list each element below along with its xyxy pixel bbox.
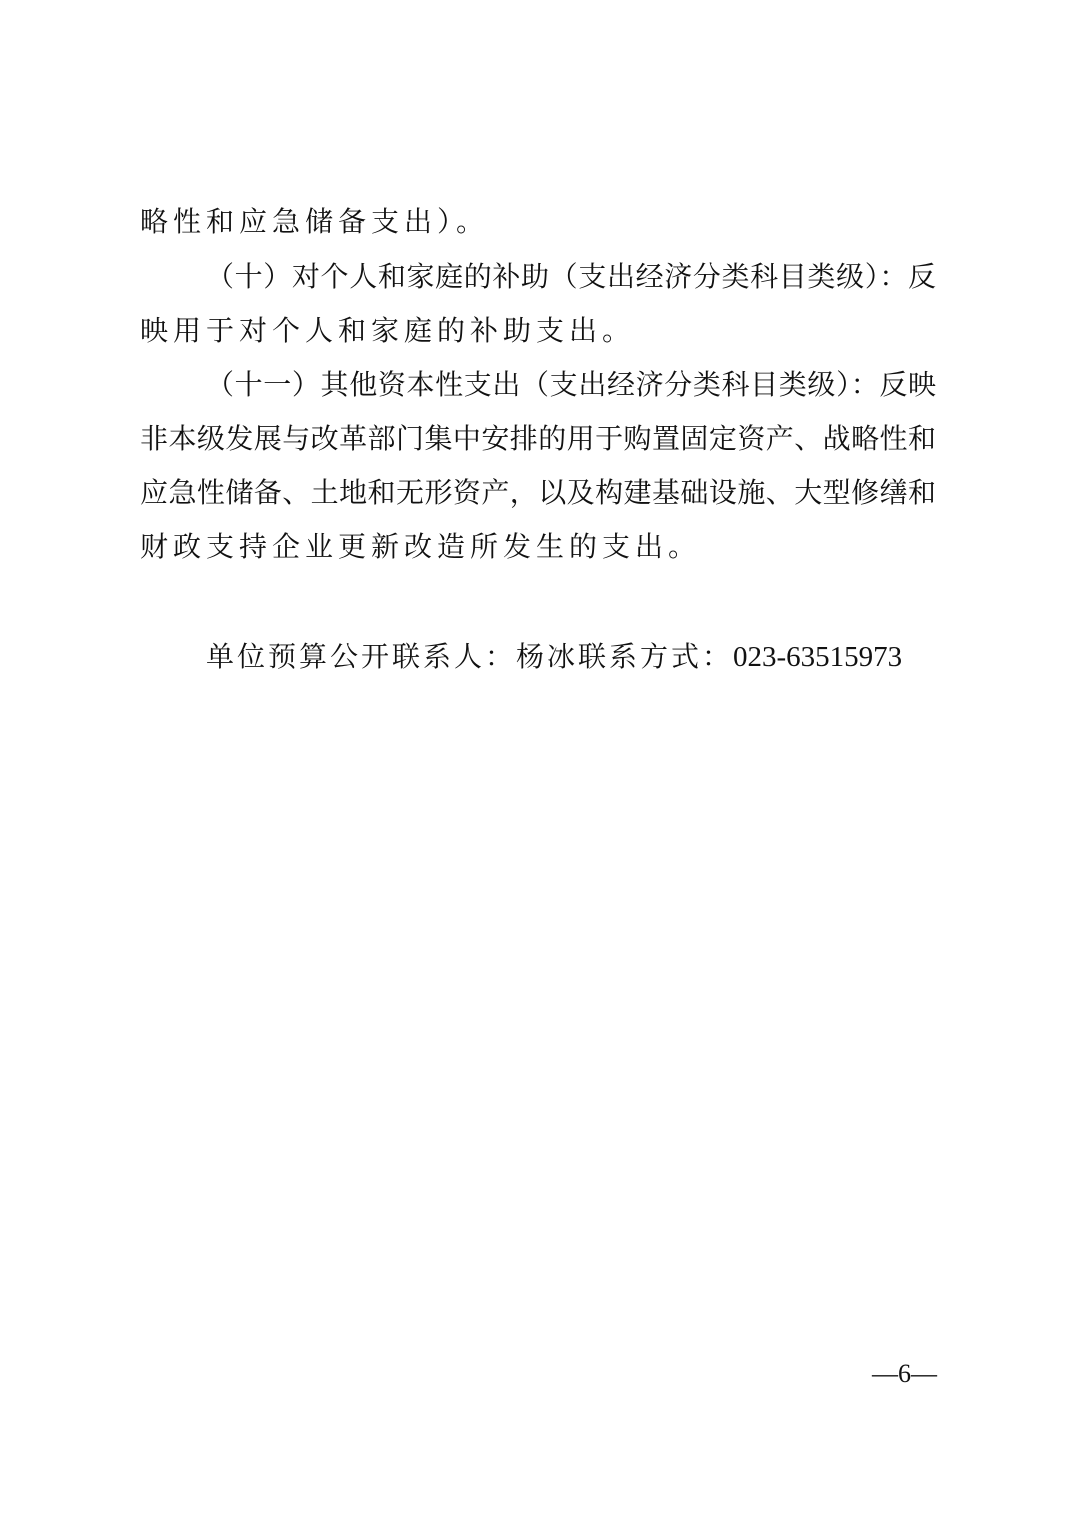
paragraph-line: 略性和应急储备支出）。 xyxy=(140,206,940,238)
paragraph-line: 应急性储备、土地和无形资产，以及构建基础设施、大型修缮和 xyxy=(140,477,936,509)
paragraph-heading-line: （十一）其他资本性支出（支出经济分类科目类级）：反映 xyxy=(206,369,936,401)
paragraph-line: 非本级发展与改革部门集中安排的用于购置固定资产、战略性和 xyxy=(140,423,936,455)
page-number: —6— xyxy=(872,1358,937,1390)
document-page: 略性和应急储备支出）。 （十）对个人和家庭的补助（支出经济分类科目类级）：反 映… xyxy=(0,0,1074,1520)
contact-info: 单位预算公开联系人：杨冰联系方式：023-63515973 xyxy=(206,641,902,673)
paragraph-line: 映用于对个人和家庭的补助支出。 xyxy=(140,315,940,347)
contact-label: 单位预算公开联系人：杨冰联系方式： xyxy=(206,640,733,673)
paragraph-line: 财政支持企业更新改造所发生的支出。 xyxy=(140,531,940,563)
contact-phone: 023-63515973 xyxy=(733,641,902,673)
paragraph-heading-line: （十）对个人和家庭的补助（支出经济分类科目类级）：反 xyxy=(206,261,936,293)
